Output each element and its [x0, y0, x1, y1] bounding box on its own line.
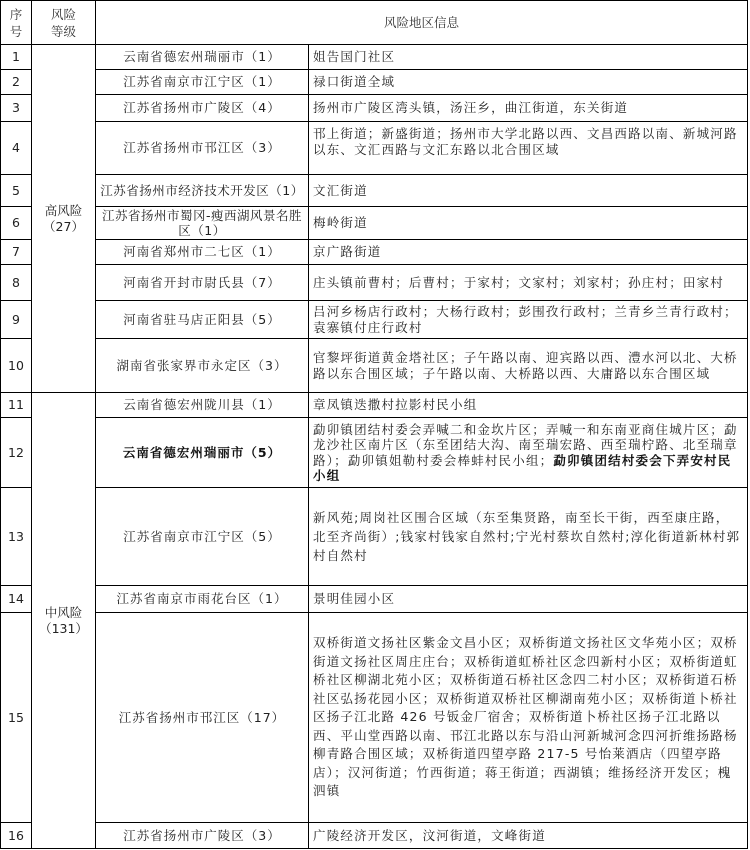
risk-level-label: 中风险	[36, 605, 91, 621]
row-info: 吕河乡杨店行政村；大杨行政村；彭围孜行政村；兰青乡兰青行政村；袁寨镇付庄行政村	[309, 301, 748, 339]
row-area: 江苏省南京市江宁区（1）	[96, 70, 309, 95]
row-info: 章凤镇迭撒村拉影村民小组	[309, 393, 748, 418]
table-row: 11 中风险 （131） 云南省德宏州陇川县（1） 章凤镇迭撒村拉影村民小组	[1, 393, 748, 418]
row-seq: 2	[1, 70, 32, 95]
row-area: 湖南省张家界市永定区（3）	[96, 339, 309, 393]
row-seq: 9	[1, 301, 32, 339]
risk-level-high: 高风险 （27）	[32, 45, 96, 393]
row-area: 河南省郑州市二七区（1）	[96, 240, 309, 265]
row-area: 云南省德宏州瑞丽市（1）	[96, 45, 309, 70]
table-row: 2 江苏省南京市江宁区（1） 禄口街道全域	[1, 70, 748, 95]
table-row: 13 江苏省南京市江宁区（5） 新风苑;周岗社区围合区域（东至集贤路，南至长干街…	[1, 488, 748, 586]
row-seq: 10	[1, 339, 32, 393]
row-area: 江苏省扬州市蜀冈-瘦西湖风景名胜区（1）	[96, 207, 309, 240]
table-row: 7 河南省郑州市二七区（1） 京广路街道	[1, 240, 748, 265]
risk-level-label: 高风险	[36, 203, 91, 219]
risk-level-medium: 中风险 （131）	[32, 393, 96, 849]
header-level: 风险等级	[32, 1, 96, 45]
row-seq: 14	[1, 586, 32, 613]
row-seq: 6	[1, 207, 32, 240]
row-seq: 7	[1, 240, 32, 265]
row-seq: 5	[1, 175, 32, 207]
row-seq: 11	[1, 393, 32, 418]
table-row: 3 江苏省扬州市广陵区（4） 扬州市广陵区湾头镇，汤汪乡，曲江街道，东关街道	[1, 95, 748, 122]
row-area: 河南省驻马店正阳县（5）	[96, 301, 309, 339]
row-info: 梅岭街道	[309, 207, 748, 240]
table-row: 10 湖南省张家界市永定区（3） 官黎坪街道黄金塔社区；子午路以南、迎宾路以西、…	[1, 339, 748, 393]
row-area: 江苏省扬州市邗江区（3）	[96, 122, 309, 175]
row-seq: 4	[1, 122, 32, 175]
row-seq: 13	[1, 488, 32, 586]
table-row: 4 江苏省扬州市邗江区（3） 邗上街道；新盛街道；扬州市大学北路以西、文昌西路以…	[1, 122, 748, 175]
risk-level-count: （131）	[36, 621, 91, 637]
table-row: 5 江苏省扬州市经济技术开发区（1） 文汇街道	[1, 175, 748, 207]
risk-level-count: （27）	[36, 219, 91, 235]
row-info: 邗上街道；新盛街道；扬州市大学北路以西、文昌西路以南、新城河路以东、文汇西路与文…	[309, 122, 748, 175]
row-area: 云南省德宏州瑞丽市（5）	[96, 418, 309, 488]
row-area: 江苏省南京市雨花台区（1）	[96, 586, 309, 613]
row-info: 双桥街道文扬社区紫金文昌小区；双桥街道文扬社区文华苑小区；双桥街道文扬社区周庄庄…	[309, 613, 748, 823]
row-area: 江苏省扬州市邗江区（17）	[96, 613, 309, 823]
table-row: 12 云南省德宏州瑞丽市（5） 勐卯镇团结村委会弄喊二和金坎片区；弄喊一和东南亚…	[1, 418, 748, 488]
table-row: 16 江苏省扬州市广陵区（3） 广陵经济开发区，汶河街道，文峰街道	[1, 823, 748, 849]
row-info: 新风苑;周岗社区围合区域（东至集贤路，南至长干街，西至康庄路，北至齐尚街）;钱家…	[309, 488, 748, 586]
header-row: 序号 风险等级 风险地区信息	[1, 1, 748, 45]
row-area: 江苏省南京市江宁区（5）	[96, 488, 309, 586]
row-info: 姐告国门社区	[309, 45, 748, 70]
row-seq: 3	[1, 95, 32, 122]
row-area: 江苏省扬州市广陵区（4）	[96, 95, 309, 122]
row-info: 禄口街道全域	[309, 70, 748, 95]
row-info: 广陵经济开发区，汶河街道，文峰街道	[309, 823, 748, 849]
row-seq: 16	[1, 823, 32, 849]
row-area: 江苏省扬州市广陵区（3）	[96, 823, 309, 849]
row-info: 文汇街道	[309, 175, 748, 207]
row-area: 河南省开封市尉氏县（7）	[96, 265, 309, 301]
table-row: 14 江苏省南京市雨花台区（1） 景明佳园小区	[1, 586, 748, 613]
header-seq: 序号	[1, 1, 32, 45]
row-seq: 15	[1, 613, 32, 823]
table-row: 1 高风险 （27） 云南省德宏州瑞丽市（1） 姐告国门社区	[1, 45, 748, 70]
row-info: 京广路街道	[309, 240, 748, 265]
header-info: 风险地区信息	[96, 1, 748, 45]
row-seq: 8	[1, 265, 32, 301]
risk-area-table: 序号 风险等级 风险地区信息 1 高风险 （27） 云南省德宏州瑞丽市（1） 姐…	[0, 0, 748, 849]
row-area: 云南省德宏州陇川县（1）	[96, 393, 309, 418]
row-info: 庄头镇前曹村；后曹村；于家村；文家村；刘家村；孙庄村；田家村	[309, 265, 748, 301]
row-info: 扬州市广陵区湾头镇，汤汪乡，曲江街道，东关街道	[309, 95, 748, 122]
row-info: 勐卯镇团结村委会弄喊二和金坎片区；弄喊一和东南亚商住城片区；勐龙沙社区南片区（东…	[309, 418, 748, 488]
table-row: 8 河南省开封市尉氏县（7） 庄头镇前曹村；后曹村；于家村；文家村；刘家村；孙庄…	[1, 265, 748, 301]
row-area: 江苏省扬州市经济技术开发区（1）	[96, 175, 309, 207]
row-seq: 12	[1, 418, 32, 488]
row-info: 景明佳园小区	[309, 586, 748, 613]
table-row: 15 江苏省扬州市邗江区（17） 双桥街道文扬社区紫金文昌小区；双桥街道文扬社区…	[1, 613, 748, 823]
row-info: 官黎坪街道黄金塔社区；子午路以南、迎宾路以西、澧水河以北、大桥路以东合围区域；子…	[309, 339, 748, 393]
row-seq: 1	[1, 45, 32, 70]
table-row: 6 江苏省扬州市蜀冈-瘦西湖风景名胜区（1） 梅岭街道	[1, 207, 748, 240]
table-row: 9 河南省驻马店正阳县（5） 吕河乡杨店行政村；大杨行政村；彭围孜行政村；兰青乡…	[1, 301, 748, 339]
